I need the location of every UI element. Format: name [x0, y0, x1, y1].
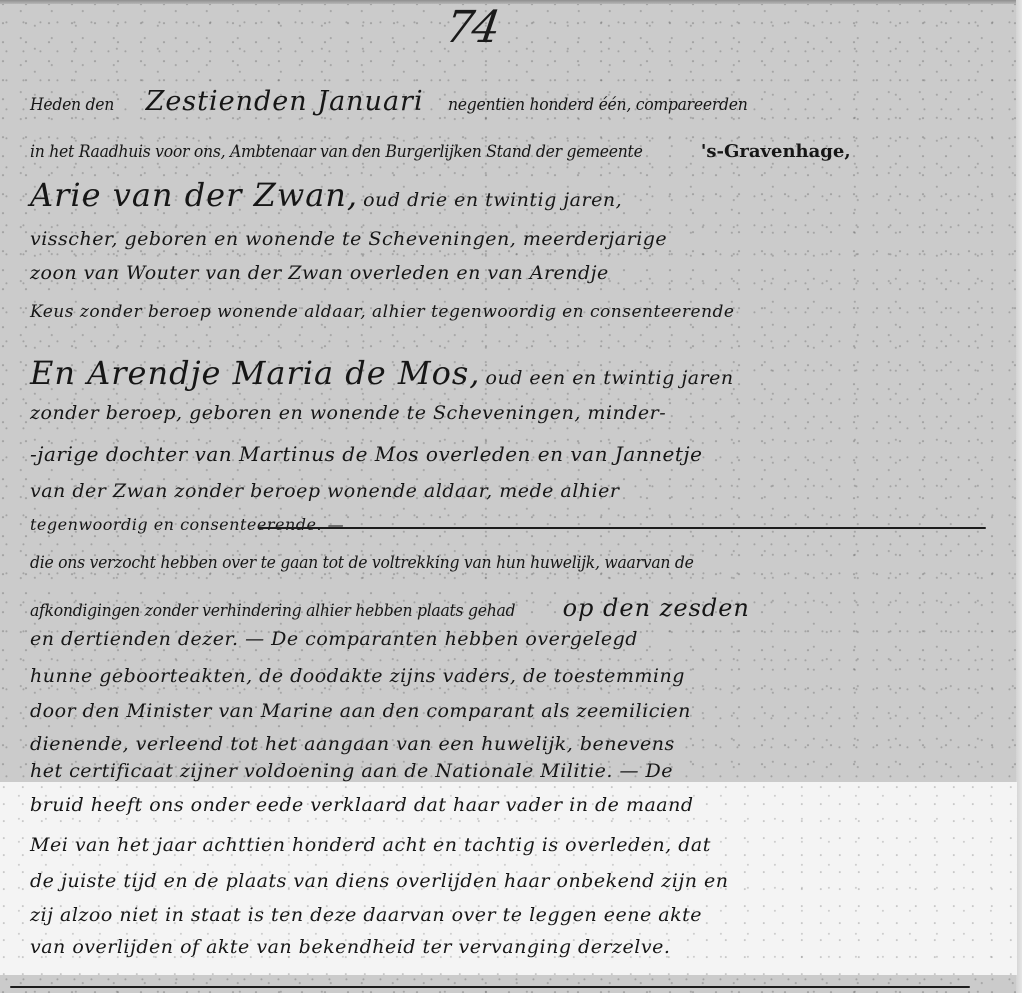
handwritten-text: Mei van het jaar achttien honderd acht e… — [30, 834, 711, 856]
printed-text: in het Raadhuis voor ons, Ambtenaar van … — [30, 142, 643, 162]
record-line-2: in het Raadhuis voor ons, Ambtenaar van … — [30, 141, 851, 162]
record-line-9: -jarige dochter van Martinus de Mos over… — [30, 442, 702, 466]
record-line-21: de juiste tijd en de plaats van diens ov… — [30, 870, 729, 892]
printed-text: afkondigingen zonder verhindering alhier… — [30, 601, 515, 621]
record-line-18: het certificaat zijner voldoening aan de… — [30, 760, 673, 782]
record-line-8: zonder beroep, geboren en wonende te Sch… — [30, 402, 666, 424]
record-line-22: zij alzoo niet in staat is ten deze daar… — [30, 904, 702, 926]
page-number: 74 — [442, 2, 501, 53]
handwritten-text: Keus zonder beroep wonende aldaar, alhie… — [30, 302, 735, 322]
handwritten-text: door den Minister van Marine aan den com… — [30, 700, 691, 722]
record-line-7: En Arendje Maria de Mos, oud een en twin… — [30, 354, 734, 392]
handwritten-text: van der Zwan zonder beroep wonende aldaa… — [30, 480, 619, 502]
handwritten-text: van overlijden of akte van bekendheid te… — [30, 936, 670, 958]
handwritten-text: tegenwoordig en consenteerende. — — [30, 515, 344, 534]
record-line-1: Heden den Zestienden Januari negentien h… — [30, 86, 773, 117]
bride-name: En Arendje Maria de Mos, — [30, 354, 480, 392]
record-line-11: tegenwoordig en consenteerende. — — [30, 515, 344, 534]
record-line-6: Keus zonder beroep wonende aldaar, alhie… — [30, 302, 735, 322]
handwritten-text: de juiste tijd en de plaats van diens ov… — [30, 870, 729, 892]
page-top-edge — [0, 0, 1022, 4]
handwritten-text: zonder beroep, geboren en wonende te Sch… — [30, 402, 666, 424]
handwritten-text: zij alzoo niet in staat is ten deze daar… — [30, 904, 702, 926]
handwritten-text: het certificaat zijner voldoening aan de… — [30, 760, 673, 782]
handwritten-text: oud een en twintig jaren — [486, 367, 734, 389]
handwritten-date: Zestienden Januari — [146, 86, 424, 117]
bottom-rule — [10, 986, 970, 988]
document-page: 74 Heden den Zestienden Januari negentie… — [0, 0, 1022, 993]
printed-text: negentien honderd één, compareerden — [448, 95, 748, 115]
handwritten-text: hunne geboorteakten, de doodakte zijns v… — [30, 665, 685, 687]
handwritten-text: dienende, verleend tot het aangaan van e… — [30, 733, 675, 755]
record-line-13: afkondigingen zonder verhindering alhier… — [30, 594, 750, 622]
record-line-4: visscher, geboren en wonende te Scheveni… — [30, 228, 667, 250]
handwritten-date: op den zesden — [563, 594, 750, 622]
record-line-3: Arie van der Zwan, oud drie en twintig j… — [30, 176, 622, 214]
record-line-12: die ons verzocht hebben over te gaan tot… — [30, 553, 751, 573]
handwritten-text: bruid heeft ons onder eede verklaard dat… — [30, 794, 694, 816]
record-line-14: en dertienden dezer. — De comparanten he… — [30, 628, 638, 650]
handwritten-text: visscher, geboren en wonende te Scheveni… — [30, 228, 667, 250]
record-line-16: door den Minister van Marine aan den com… — [30, 700, 691, 722]
printed-text: Heden den — [30, 95, 114, 115]
record-line-20: Mei van het jaar achttien honderd acht e… — [30, 834, 711, 856]
handwritten-text: -jarige dochter van Martinus de Mos over… — [30, 442, 702, 466]
handwritten-text: zoon van Wouter van der Zwan overleden e… — [30, 262, 609, 284]
handwritten-text: oud drie en twintig jaren, — [363, 189, 622, 211]
groom-name: Arie van der Zwan, — [30, 176, 358, 214]
record-line-19: bruid heeft ons onder eede verklaard dat… — [30, 794, 694, 816]
printed-text: die ons verzocht hebben over te gaan tot… — [30, 553, 694, 573]
handwritten-text: en dertienden dezer. — De comparanten he… — [30, 628, 638, 650]
municipality-name: 's-Gravenhage, — [701, 141, 851, 162]
record-line-23: van overlijden of akte van bekendheid te… — [30, 936, 670, 958]
record-line-15: hunne geboorteakten, de doodakte zijns v… — [30, 665, 685, 687]
rescanned-region: bruid heeft ons onder eede verklaard dat… — [0, 782, 1017, 975]
record-line-10: van der Zwan zonder beroep wonende aldaa… — [30, 480, 619, 502]
closing-line-rule — [258, 527, 986, 529]
record-line-5: zoon van Wouter van der Zwan overleden e… — [30, 262, 609, 284]
record-line-17: dienende, verleend tot het aangaan van e… — [30, 733, 675, 755]
